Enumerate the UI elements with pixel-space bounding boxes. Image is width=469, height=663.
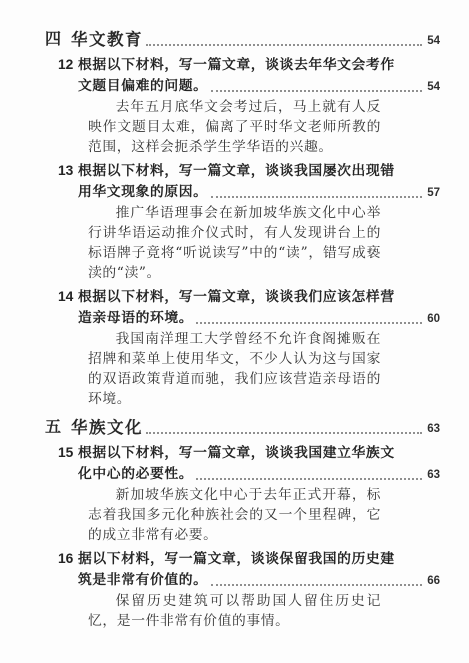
toc-item-16: 16 据以下材料，写一篇文章，谈谈保留我国的历史建 筑是非常有价值的。 66 保…	[58, 548, 440, 631]
dot-leader	[211, 196, 423, 198]
item-title-row: 13 根据以下材料，写一篇文章，谈谈我国屡次出现错	[58, 160, 440, 181]
item-title-line: 用华文现象的原因。	[78, 181, 208, 202]
toc-item-14: 14 根据以下材料，写一篇文章，谈谈我们应该怎样营 造亲母语的环境。 60 我国…	[58, 286, 440, 409]
item-title-line: 根据以下材料，写一篇文章，谈谈我国屡次出现错	[78, 160, 395, 181]
item-number: 12	[58, 54, 78, 75]
item-excerpt: 推广华语理事会在新加坡华族文化中心举行讲华语运动推介仪式时，有人发现讲台上的标语…	[88, 203, 381, 283]
toc-item-13: 13 根据以下材料，写一篇文章，谈谈我国屡次出现错 用华文现象的原因。 57 推…	[58, 160, 440, 283]
item-excerpt: 去年五月底华文会考过后，马上就有人反映作文题目太难，偏离了平时华文老师所教的范围…	[88, 97, 381, 157]
section-title: 华族文化	[71, 418, 143, 438]
item-excerpt: 新加坡华族文化中心于去年正式开幕，标志着我国多元化种族社会的又一个里程碑，它的成…	[88, 485, 381, 545]
page-number: 60	[427, 310, 440, 328]
page-number: 54	[427, 32, 440, 50]
dot-leader	[146, 432, 422, 434]
item-title-line: 化中心的必要性。	[78, 463, 193, 484]
item-number: 14	[58, 286, 78, 307]
item-title-row: 筑是非常有价值的。 66	[58, 569, 440, 590]
item-number: 16	[58, 548, 78, 569]
item-title-line: 根据以下材料，写一篇文章，谈谈我国建立华族文	[78, 442, 395, 463]
item-title-line: 文题目偏难的问题。	[78, 75, 208, 96]
item-title-line: 筑是非常有价值的。	[78, 569, 208, 590]
dot-leader	[211, 584, 423, 586]
item-title-row: 15 根据以下材料，写一篇文章，谈谈我国建立华族文	[58, 442, 440, 463]
item-title-row: 造亲母语的环境。 60	[58, 307, 440, 328]
item-title-row: 文题目偏难的问题。 54	[58, 75, 440, 96]
dot-leader	[211, 90, 423, 92]
item-title-line: 根据以下材料，写一篇文章，谈谈我们应该怎样营	[78, 286, 395, 307]
item-title-row: 用华文现象的原因。 57	[58, 181, 440, 202]
page-number: 54	[427, 78, 440, 96]
item-number: 15	[58, 442, 78, 463]
section-header-5: 五 华族文化 63	[45, 418, 440, 438]
section-number: 五	[45, 418, 71, 438]
page-number: 63	[427, 420, 440, 438]
page-number: 57	[427, 184, 440, 202]
dot-leader	[146, 44, 422, 46]
item-title-row: 12 根据以下材料，写一篇文章，谈谈去年华文会考作	[58, 54, 440, 75]
item-title-line: 造亲母语的环境。	[78, 307, 193, 328]
item-title-line: 据以下材料，写一篇文章，谈谈保留我国的历史建	[78, 548, 395, 569]
toc-page: 四 华文教育 54 12 根据以下材料，写一篇文章，谈谈去年华文会考作 文题目偏…	[0, 0, 469, 663]
toc-content: 四 华文教育 54 12 根据以下材料，写一篇文章，谈谈去年华文会考作 文题目偏…	[0, 0, 469, 631]
item-title-row: 14 根据以下材料，写一篇文章，谈谈我们应该怎样营	[58, 286, 440, 307]
item-title-row: 化中心的必要性。 63	[58, 463, 440, 484]
item-title-row: 16 据以下材料，写一篇文章，谈谈保留我国的历史建	[58, 548, 440, 569]
toc-item-12: 12 根据以下材料，写一篇文章，谈谈去年华文会考作 文题目偏难的问题。 54 去…	[58, 54, 440, 157]
item-excerpt: 保留历史建筑可以帮助国人留住历史记忆，是一件非常有价值的事情。	[88, 591, 381, 631]
item-excerpt: 我国南洋理工大学曾经不允许食阁摊贩在招牌和菜单上使用华文，不少人认为这与国家的双…	[88, 329, 381, 409]
dot-leader	[196, 322, 422, 324]
section-number: 四	[45, 30, 71, 50]
section-header-4: 四 华文教育 54	[45, 30, 440, 50]
page-number: 63	[427, 466, 440, 484]
item-title-line: 根据以下材料，写一篇文章，谈谈去年华文会考作	[78, 54, 395, 75]
item-number: 13	[58, 160, 78, 181]
toc-item-15: 15 根据以下材料，写一篇文章，谈谈我国建立华族文 化中心的必要性。 63 新加…	[58, 442, 440, 545]
section-title: 华文教育	[71, 30, 143, 50]
dot-leader	[196, 478, 422, 480]
page-number: 66	[427, 572, 440, 590]
